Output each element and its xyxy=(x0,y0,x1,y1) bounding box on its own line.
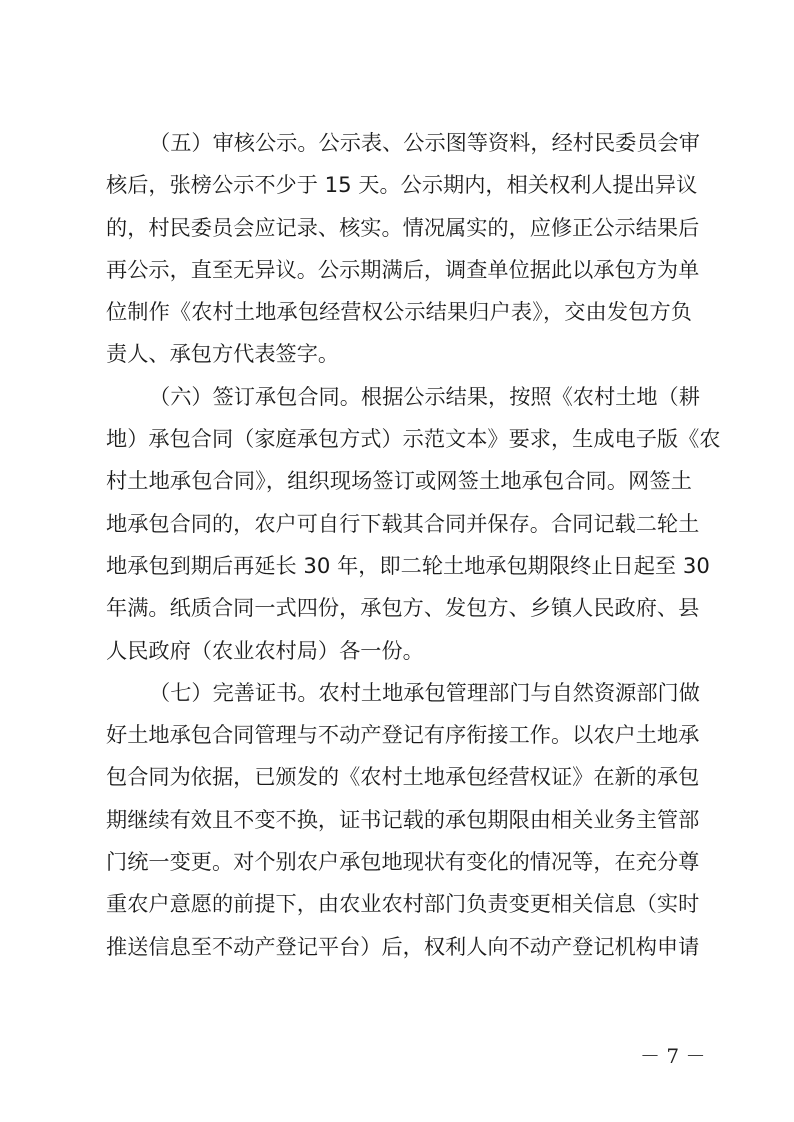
text-line: 期继续有效且不变不换，证书记载的承包期限由相关业务主管部 xyxy=(106,799,692,841)
paragraph-section-5: （五）审核公示。公示表、公示图等资料，经村民委员会审 核后，张榜公示不少于 15… xyxy=(106,122,692,376)
text-line: 责人、承包方代表签字。 xyxy=(106,333,692,375)
text-line: （七）完善证书。农村土地承包管理部门与自然资源部门做 xyxy=(106,672,692,714)
text-line: 地承包到期后再延长 30 年，即二轮土地承包期限终止日起至 30 xyxy=(106,545,692,587)
text-line: 好土地承包合同管理与不动产登记有序衔接工作。以农户土地承 xyxy=(106,714,692,756)
body-text: （五）审核公示。公示表、公示图等资料，经村民委员会审 核后，张榜公示不少于 15… xyxy=(106,122,692,968)
text-line: 位制作《农村土地承包经营权公示结果归户表》，交由发包方负 xyxy=(106,291,692,333)
text-line: 包合同为依据，已颁发的《农村土地承包经营权证》在新的承包 xyxy=(106,756,692,798)
page-number: － 7 － xyxy=(640,1040,720,1069)
text-line: （五）审核公示。公示表、公示图等资料，经村民委员会审 xyxy=(106,122,692,164)
text-line: 推送信息至不动产登记平台）后，权利人向不动产登记机构申请 xyxy=(106,926,692,968)
text-line: 年满。纸质合同一式四份，承包方、发包方、乡镇人民政府、县 xyxy=(106,587,692,629)
text-line: 门统一变更。对个别农户承包地现状有变化的情况等，在充分尊 xyxy=(106,841,692,883)
document-page: （五）审核公示。公示表、公示图等资料，经村民委员会审 核后，张榜公示不少于 15… xyxy=(0,0,794,1122)
text-line: 重农户意愿的前提下，由农业农村部门负责变更相关信息（实时 xyxy=(106,883,692,925)
text-line: 地）承包合同（家庭承包方式）示范文本》要求，生成电子版《农 xyxy=(106,418,692,460)
text-line: 地承包合同的，农户可自行下载其合同并保存。合同记载二轮土 xyxy=(106,503,692,545)
text-line: 人民政府（农业农村局）各一份。 xyxy=(106,630,692,672)
paragraph-section-6: （六）签订承包合同。根据公示结果，按照《农村土地（耕 地）承包合同（家庭承包方式… xyxy=(106,376,692,672)
text-line: 的，村民委员会应记录、核实。情况属实的，应修正公示结果后 xyxy=(106,207,692,249)
text-line: （六）签订承包合同。根据公示结果，按照《农村土地（耕 xyxy=(106,376,692,418)
text-line: 再公示，直至无异议。公示期满后，调查单位据此以承包方为单 xyxy=(106,249,692,291)
paragraph-section-7: （七）完善证书。农村土地承包管理部门与自然资源部门做 好土地承包合同管理与不动产… xyxy=(106,672,692,968)
text-line: 村土地承包合同》，组织现场签订或网签土地承包合同。网签土 xyxy=(106,460,692,502)
text-line: 核后，张榜公示不少于 15 天。公示期内，相关权利人提出异议 xyxy=(106,164,692,206)
